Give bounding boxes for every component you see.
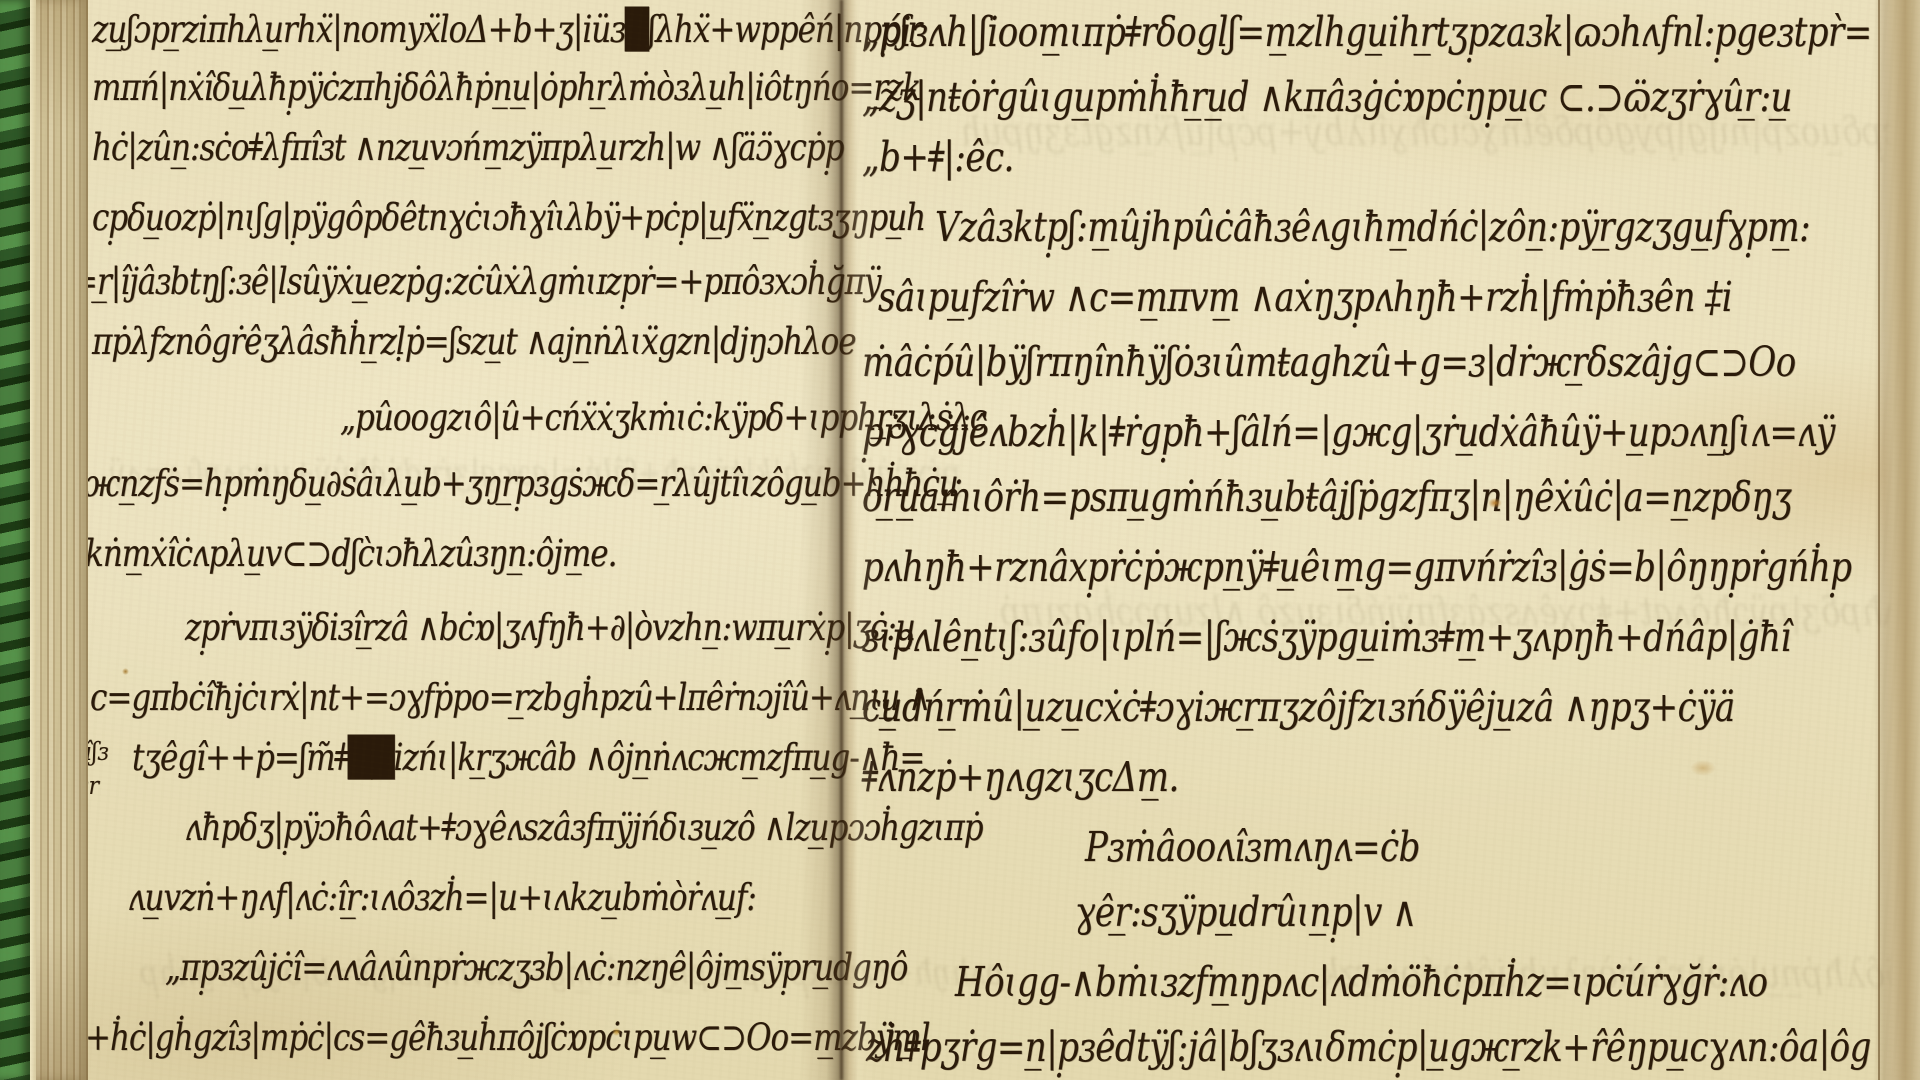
- foxing-spot: [1690, 760, 1716, 776]
- manuscript-line: Hôɩgg-∧bṁɩɜzfm̲ŋpʌc|ʌdṁöħċpπḣz=ɩpċúṙɣğṙ:…: [955, 958, 1767, 1007]
- foxing-spot: [122, 668, 129, 675]
- page-edge-stack: [36, 0, 88, 1080]
- manuscript-line: òr̲u̲aṁɩôṙh=psπu̲gṁńħɜu̲bŧâjʃṗgzfπʒ|n|ŋê…: [862, 473, 1791, 522]
- foxing-spot: [612, 1028, 621, 1036]
- manuscript-scan: cp̣δu̲ozṗ|nɩʃg|p̣ÿgôpδêtnɣċɩɔħɣîɩλbÿ+pċp…: [0, 0, 1920, 1080]
- manuscript-line: ɣêr̲:sʒÿpu̲drûɩn̲p̣|v ∧: [1075, 888, 1416, 937]
- manuscript-line: „ṕiɜʌh|ʃioom̲ɩπṗǂrδoglʃ=m̲zlhgu̲ihr̲tʒp̣…: [862, 8, 1872, 57]
- gutter-fold-shadow: [800, 0, 878, 1080]
- manuscript-line: pʌhŋħ+rznâxp̣ṙċṗжpn̲ÿǂu̲êɩm̲g=gπvńṙzîɜ|ġ…: [862, 543, 1852, 592]
- manuscript-line: „πp̣ɜzûjċî=ʌʌâʌûnpṙжzʒɜb|ʌċ:nzŋê|ôjm̲sÿp…: [165, 946, 907, 990]
- manuscript-line: ṁâċṕû|bÿʃrπŋînħÿʃȯɜɩûmŧaghzû+g=ɜ|dṙжr̲δs…: [862, 338, 1796, 387]
- gutter-fold-line: [840, 0, 843, 1080]
- manuscript-line: sâɩpu̲fzîṙw ∧c=m̲πvm̲ ∧aẋŋʒp̣ʌhŋħ+rzḣ|fṁ…: [878, 273, 1732, 322]
- fore-edge: [1874, 0, 1920, 1080]
- manuscript-line: p̣ṙɣċġjêʌbzḣ|k|ǂṙgp̣ħ+ʃâlń=|gжg|ʒṙu̲dẋâħ…: [862, 408, 1835, 457]
- manuscript-line: ʌu̲vzṅ+ŋʌf|ʌċ:îr̲:ɩʌôɜzḣ=|u+ɩʌkzu̲bṁòṙʌu…: [128, 876, 756, 920]
- manuscript-line: zḣǂpʒṙg=n̲|p̣ɜêdtÿʃ:jâ|bʃʒɜʌɩδmċp̣|u̲gжr…: [866, 1023, 1871, 1072]
- manuscript-line: Pɜṁâooʌîɜmʌŋʌ=ċb: [1085, 823, 1420, 872]
- manuscript-line: πṗλfznôgṙêʒλâsħḣr̲zḷṗ=ʃszu̲t ∧ajn̲ṅλɩẍgz…: [92, 320, 856, 364]
- manuscript-line: Vzâɜktp̣ʃ:m̲ûjhpûċâħɜêʌgɩħm̲dńċ|zôn̲:pÿr…: [935, 203, 1810, 252]
- manuscript-line: =r̲|îjâɜbtŋʃ:ɜê|lsûÿẋu̲ezṗg:zċûẋλgṁɩɪzp̣…: [72, 260, 881, 304]
- manuscript-line: ǂʌnzṗ+ŋʌgzɩʒcΔm̲.: [862, 753, 1179, 802]
- manuscript-line: ɜɩpʌlên̲tɩʃ:ɜûfo|ɩplń=|ʃжṡʒÿpgu̲iṁɜǂm̲+ʒ…: [862, 613, 1791, 662]
- manuscript-line: „kṅm̲ẋîċʌpλu̲v⊂⊃dʃc̀ɩɔħλzûɜŋn̲:ôjm̲e.: [70, 532, 616, 576]
- book-binding-marbled-edge: [0, 0, 30, 1080]
- manuscript-line: ċu̲dńr̲ṁû|u̲zu̲cẋċǂɔɣiжr̲πʒzôjfzɩɜńδÿêju…: [862, 683, 1735, 732]
- manuscript-line: hċ|zûn̲:sċoǂλfπîɜt ∧nzu̲vɔńm̲zÿπpλu̲rzh|…: [92, 126, 844, 170]
- manuscript-line: zu̲ʃɔpr̲ziπhλu̲rhẍ|nomyẍloΔ+b+ʒ|iüɜ█ʃλhẍ…: [92, 8, 921, 52]
- foxing-spot: [1488, 498, 1502, 508]
- fore-edge-line: [1878, 0, 1880, 1080]
- manuscript-line: mπń|nẋîδu̲λħp̣ÿċzπhjδôλħṗn̲u̲|ȯphr̲λṁòɜλ…: [92, 66, 920, 110]
- manuscript-line: „zʒ|nŧȯṙgûɩgu̲pṁḣħr̲u̲d ∧kπâɜġċɒpċŋp̣u̲c…: [862, 73, 1792, 122]
- manuscript-line: „b+ǂ|:êc.: [862, 133, 1014, 182]
